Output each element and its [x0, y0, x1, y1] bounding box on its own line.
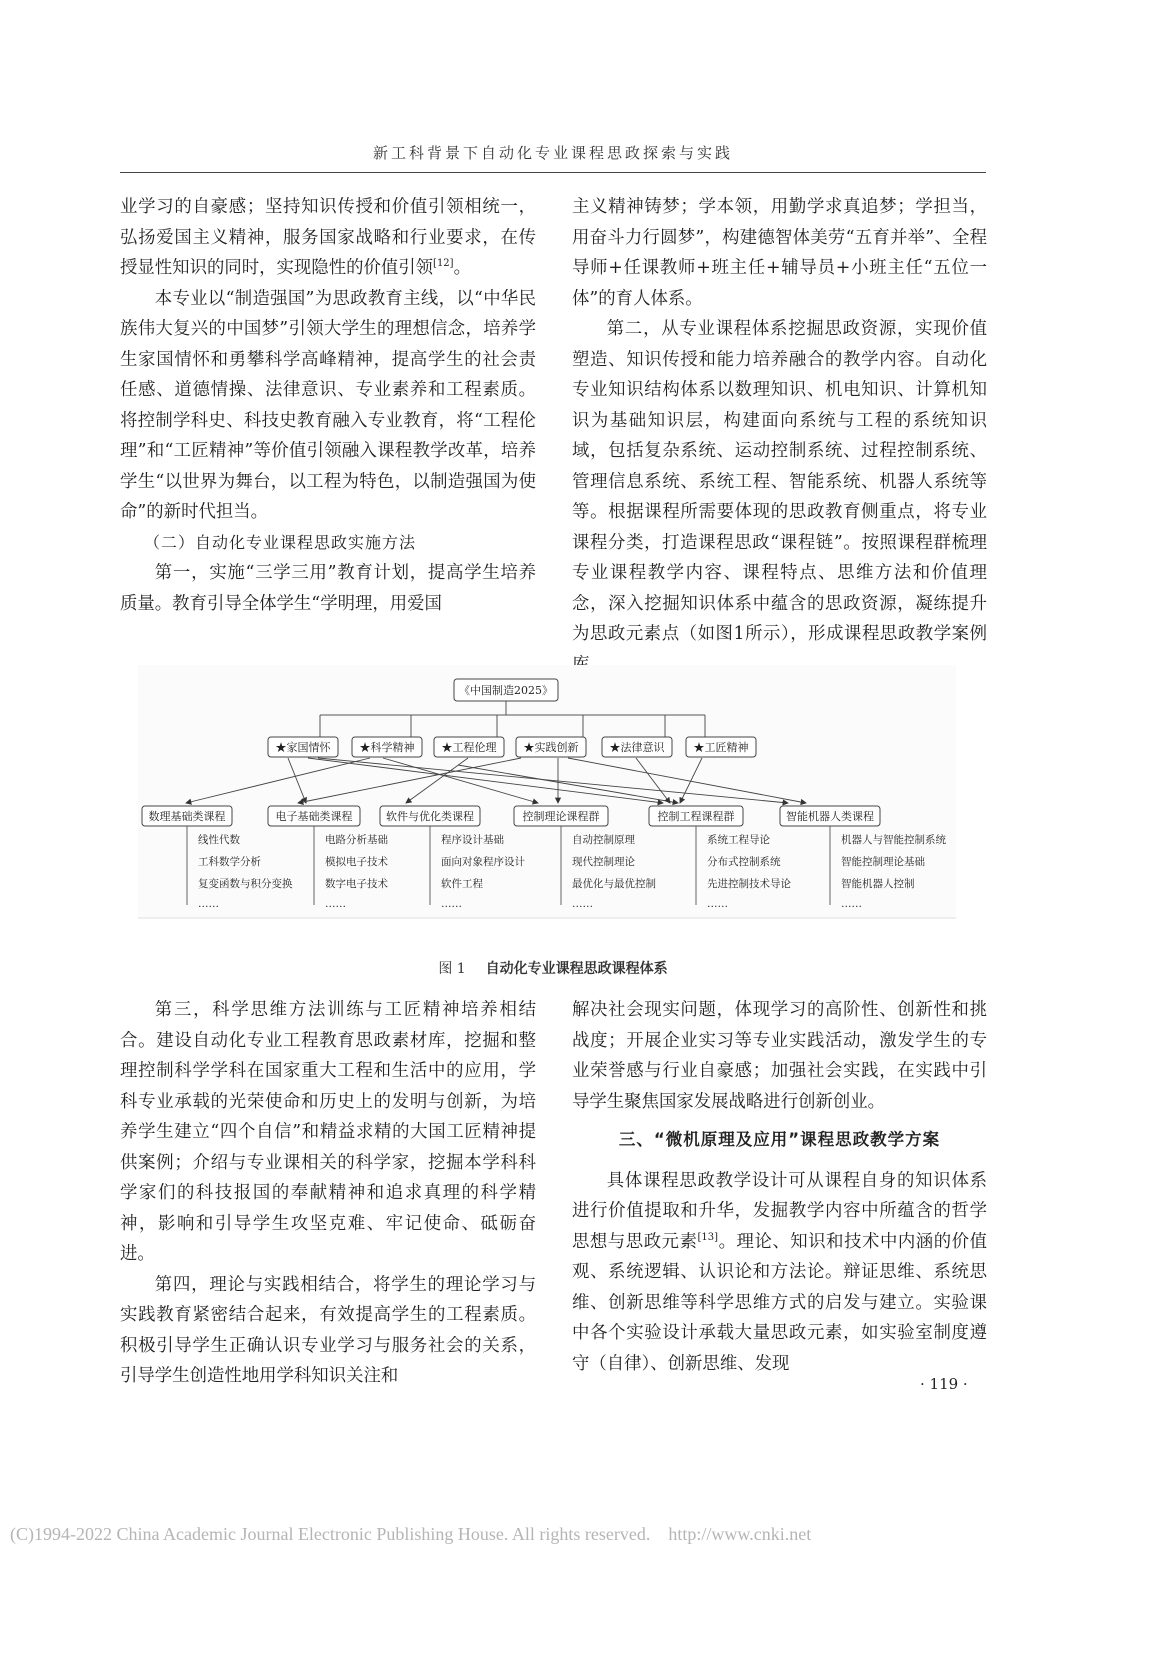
paragraph: 主义精神铸梦；学本领，用勤学求真追梦；学担当，用奋斗力行圆梦”，构建德智体美劳“…: [572, 192, 987, 314]
svg-text:系统工程导论: 系统工程导论: [707, 833, 770, 846]
running-head: 新工科背景下自动化专业课程思政探索与实践: [120, 142, 986, 163]
svg-text:程序设计基础: 程序设计基础: [441, 833, 504, 846]
element-patriotism: ★家国情怀: [276, 740, 332, 754]
svg-text:机器人与智能控制系统: 机器人与智能控制系统: [841, 833, 946, 846]
svg-text:……: ……: [841, 898, 862, 910]
element-craftsmanship: ★工匠精神: [694, 740, 749, 754]
course-system-diagram: 《中国制造2025》 ★家国情怀 ★科学精神 ★工程伦理 ★实践创新 ★法律意识…: [138, 665, 956, 917]
paragraph: 具体课程思政教学设计可从课程自身的知识体系进行价值提取和升华，发掘教学内容中所蕴…: [572, 1166, 987, 1380]
copyright-footer: (C)1994-2022 China Academic Journal Elec…: [10, 1524, 811, 1545]
figure-caption-text: 自动化专业课程思政课程体系: [486, 961, 668, 977]
citation: [13]: [698, 1232, 719, 1243]
svg-text:软件工程: 软件工程: [441, 877, 483, 890]
svg-text:软件与优化类课程: 软件与优化类课程: [386, 809, 474, 823]
svg-text:线性代数: 线性代数: [198, 833, 240, 846]
course-group-nodes: 数理基础类课程 电子基础类课程 软件与优化类课程 控制理论课程群 控制工程课程群…: [142, 806, 880, 826]
svg-text:电路分析基础: 电路分析基础: [325, 833, 388, 846]
figure-number: 图 1: [438, 961, 465, 977]
figure-1-diagram: 《中国制造2025》 ★家国情怀 ★科学精神 ★工程伦理 ★实践创新 ★法律意识…: [138, 665, 956, 919]
svg-text:数理基础类课程: 数理基础类课程: [149, 809, 226, 823]
element-legal-awareness: ★法律意识: [610, 740, 666, 754]
svg-text:工科数学分析: 工科数学分析: [198, 855, 261, 868]
svg-text:……: ……: [572, 898, 593, 910]
svg-text:……: ……: [707, 898, 728, 910]
page-number: · 119 ·: [920, 1375, 968, 1393]
svg-text:智能控制理论基础: 智能控制理论基础: [841, 855, 925, 868]
right-column-bottom: 解决社会现实问题，体现学习的高阶性、创新性和挑战度；开展企业实习等专业实践活动，…: [572, 995, 987, 1379]
svg-text:分布式控制系统: 分布式控制系统: [707, 855, 781, 868]
paragraph: 第二，从专业课程体系挖掘思政资源，实现价值塑造、知识传授和能力培养融合的教学内容…: [572, 314, 987, 680]
svg-text:复变函数与积分变换: 复变函数与积分变换: [198, 877, 293, 890]
subsection-heading: （二）自动化专业课程思政实施方法: [120, 528, 536, 559]
header-rule: [120, 172, 986, 173]
course-lists: 线性代数 工科数学分析 复变函数与积分变换 …… 电路分析基础 模拟电子技术 数…: [198, 833, 946, 910]
paragraph: 第四，理论与实践相结合，将学生的理论学习与实践教育紧密结合起来，有效提高学生的工…: [120, 1270, 536, 1392]
svg-text:……: ……: [198, 898, 219, 910]
section-heading: 三、“微机原理及应用”课程思政教学方案: [572, 1125, 987, 1156]
paragraph: 解决社会现实问题，体现学习的高阶性、创新性和挑战度；开展企业实习等专业实践活动，…: [572, 995, 987, 1117]
svg-text:面向对象程序设计: 面向对象程序设计: [441, 855, 525, 868]
svg-text:控制工程课程群: 控制工程课程群: [658, 809, 735, 823]
right-column-top: 主义精神铸梦；学本领，用勤学求真追梦；学担当，用奋斗力行圆梦”，构建德智体美劳“…: [572, 192, 987, 680]
left-column-top: 业学习的自豪感；坚持知识传授和价值引领相统一，弘扬爱国主义精神，服务国家战略和行…: [120, 192, 536, 619]
svg-text:模拟电子技术: 模拟电子技术: [325, 855, 388, 868]
svg-text:控制理论课程群: 控制理论课程群: [523, 809, 600, 823]
citation: [12]: [433, 258, 454, 269]
svg-text:自动控制原理: 自动控制原理: [572, 833, 635, 846]
figure-caption: 图 1自动化专业课程思政课程体系: [120, 958, 986, 978]
mapping-arrows: [186, 758, 806, 803]
svg-text:智能机器人控制: 智能机器人控制: [841, 877, 915, 890]
paragraph: 第三，科学思维方法训练与工匠精神培养相结合。建设自动化专业工程教育思政素材库，挖…: [120, 995, 536, 1270]
svg-text:……: ……: [441, 898, 462, 910]
svg-text:电子基础类课程: 电子基础类课程: [276, 809, 353, 823]
element-engineering-ethics: ★工程伦理: [442, 740, 497, 754]
paragraph: 第一，实施“三学三用”教育计划，提高学生培养质量。教育引导全体学生“学明理，用爱…: [120, 558, 536, 619]
svg-text:现代控制理论: 现代控制理论: [572, 855, 635, 868]
svg-text:先进控制技术导论: 先进控制技术导论: [707, 877, 791, 890]
svg-text:……: ……: [325, 898, 346, 910]
element-nodes: ★家国情怀 ★科学精神 ★工程伦理 ★实践创新 ★法律意识 ★工匠精神: [268, 737, 756, 757]
svg-text:最优化与最优控制: 最优化与最优控制: [572, 877, 656, 890]
paragraph: 业学习的自豪感；坚持知识传授和价值引领相统一，弘扬爱国主义精神，服务国家战略和行…: [120, 192, 536, 284]
svg-text:智能机器人类课程: 智能机器人类课程: [786, 809, 874, 823]
left-column-bottom: 第三，科学思维方法训练与工匠精神培养相结合。建设自动化专业工程教育思政素材库，挖…: [120, 995, 536, 1392]
element-practice-innovation: ★实践创新: [524, 740, 579, 754]
root-node-label: 《中国制造2025》: [459, 683, 553, 697]
element-science: ★科学精神: [360, 740, 415, 754]
svg-text:数字电子技术: 数字电子技术: [325, 877, 388, 890]
paragraph: 本专业以“制造强国”为思政教育主线，以“中华民族伟大复兴的中国梦”引领大学生的理…: [120, 284, 536, 528]
